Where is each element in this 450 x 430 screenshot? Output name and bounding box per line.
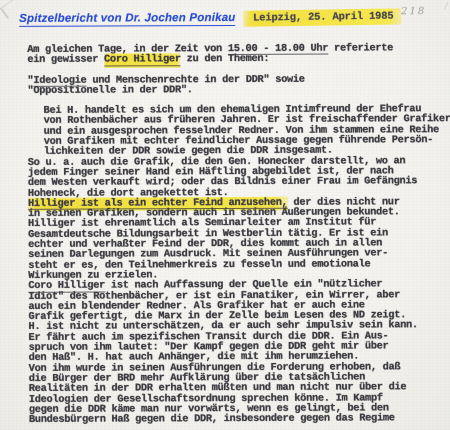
document-line: Bundesbürgern Haß gegen die DDR, insbeso… (29, 413, 445, 425)
document-paragraph: Am gleichen Tage, in der Zeit von 15.00 … (27, 43, 443, 65)
typewriter-text: "Oppositionelle in der DDR". (27, 85, 192, 96)
document-paragraph: Coro Hilliger ist nach Auffassung der Qu… (28, 279, 444, 363)
document-paragraph: Bei H. handelt es sich um den ehemaligen… (28, 104, 444, 157)
typewriter-text: referierte (328, 43, 393, 54)
highlighted-text: Coro Hilliger (104, 54, 181, 66)
document-body: Am gleichen Tage, in der Zeit von 15.00 … (27, 43, 445, 425)
annotation-title: Spitzelbericht von Dr. Jochen Ponikau (19, 12, 235, 27)
dateline-highlighted: Leipzig, 25. April 1985 (243, 8, 402, 26)
document-paragraph: Hilliger ist als ein echter Feind anzuse… (28, 197, 444, 281)
typewriter-text: zu den Themen: (181, 54, 270, 65)
document: Spitzelbericht von Dr. Jochen Ponikau Le… (0, 0, 450, 430)
scanned-document-page: { "header": { "annotation": "Spitzelberi… (0, 0, 450, 430)
typewriter-text: Bundesbürgern Haß gegen die DDR, insbeso… (29, 413, 395, 425)
document-paragraph: Von ihm wurde in seinen Ausführungen die… (29, 362, 445, 426)
document-paragraph: So u. a. auch die Grafik, die den Gen. H… (28, 156, 444, 199)
page-number-pencil: 218 (401, 6, 426, 17)
document-line: "Oppositionelle in der DDR". (27, 84, 443, 96)
document-paragraph: "Ideologie und Menschenrechte in der DDR… (27, 74, 443, 96)
typewriter-text: ein gewisser (27, 55, 104, 66)
document-line: ein gewisser Coro Hilliger zu den Themen… (27, 53, 443, 65)
